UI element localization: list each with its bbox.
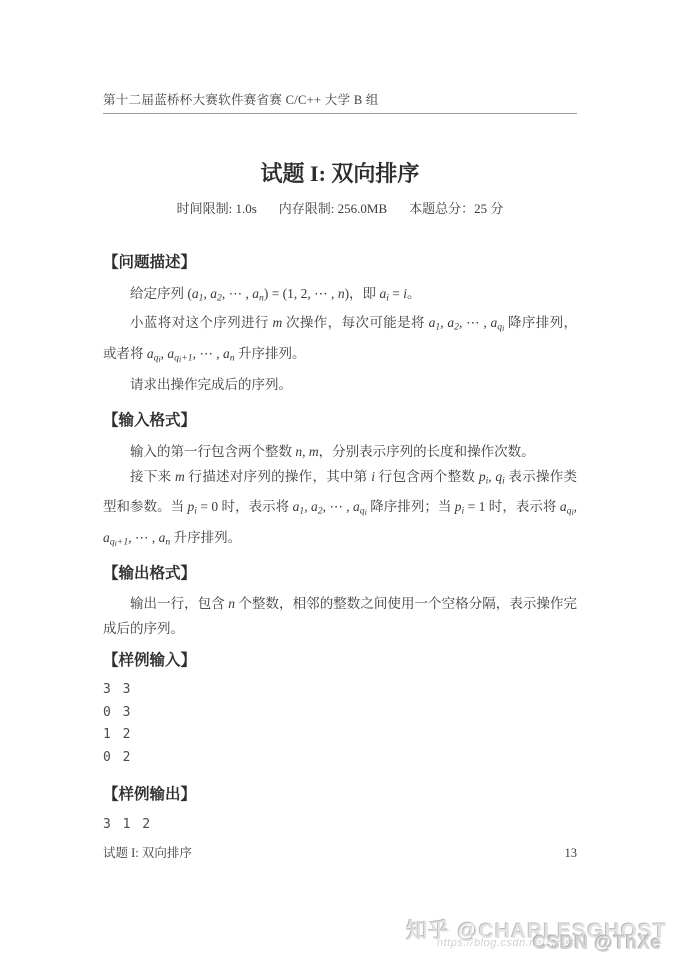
math-run: n [228,596,235,611]
text-run: , ⋯ , [323,499,353,514]
paragraph: 请求出操作完成后的序列。 [103,372,577,397]
paragraph: 小蓝将对这个序列进行 m 次操作，每次可能是将 a1, a2, ⋯ , aqi … [103,310,577,372]
problem-description-body: 给定序列 (a1, a2, ⋯ , an) = (1, 2, ⋯ , n)，即 … [103,281,577,397]
text-run: = 1 时，表示将 [464,499,560,514]
text-run: , [302,444,309,459]
text-run: ) = (1, 2, ⋯ , [264,286,338,301]
output-format-body: 输出一行，包含 n 个整数，相邻的整数之间使用一个空格分隔，表示操作完成后的序列… [103,591,577,641]
text-run: , ⋯ , [128,530,158,545]
content-column: 第十二届蓝桥杯大赛软件赛省赛 C/C++ 大学 B 组 试题 I: 双向排序 时… [103,0,577,837]
math-run: p [455,499,462,514]
text-run: ，分别表示序列的长度和操作次数。 [319,444,535,459]
section-heading-sample-output: 【样例输出】 [103,786,577,804]
limits-row: 时间限制: 1.0s 内存限制: 256.0MB 本题总分：25 分 [103,201,577,217]
watermark-csdn: CSDN @ThXe [533,933,662,955]
document-page: 第十二届蓝桥杯大赛软件赛省赛 C/C++ 大学 B 组 试题 I: 双向排序 时… [0,0,679,960]
text-run: )，即 [345,286,380,301]
text-run: 请求出操作完成后的序列。 [130,377,292,392]
paragraph: 给定序列 (a1, a2, ⋯ , an) = (1, 2, ⋯ , n)，即 … [103,281,577,310]
text-run: , ⋯ , [222,286,252,301]
text-run: 升序排列。 [170,530,241,545]
page-title: 试题 I: 双向排序 [103,160,577,188]
page-footer: 试题 I: 双向排序 13 [103,846,577,861]
text-run: , ⋯ , [193,346,223,361]
text-run: , [574,499,577,514]
math-run: a [353,499,360,514]
paragraph: 输出一行，包含 n 个整数，相邻的整数之间使用一个空格分隔，表示操作完成后的序列… [103,591,577,641]
math-run: a [192,286,199,301]
math-run: +1 [181,353,192,364]
section-heading-sample-input: 【样例输入】 [103,652,577,670]
text-run: 行包含两个整数 [375,469,479,484]
section-heading-input-format: 【输入格式】 [103,412,577,430]
running-header: 第十二届蓝桥杯大赛软件赛省赛 C/C++ 大学 B 组 [103,93,577,114]
text-run: = [389,286,403,301]
paragraph: 接下来 m 行描述对序列的操作，其中第 i 行包含两个整数 pi, qi 表示操… [103,464,577,555]
text-run: 降序排列；当 [367,499,455,514]
math-run: a [210,286,217,301]
math-run: +1 [117,536,128,547]
text-run: , ⋯ , [459,315,491,330]
section-heading-problem-description: 【问题描述】 [103,254,577,272]
math-run: n [338,286,345,301]
text-run: 输入的第一行包含两个整数 [130,444,295,459]
math-run: m [273,315,283,330]
text-run: 。 [407,286,421,301]
text-run: 输出一行，包含 [130,596,228,611]
math-run: m [309,444,319,459]
text-run: 升序排列。 [235,346,306,361]
text-run: 行描述对序列的操作，其中第 [185,469,371,484]
text-run: 次操作，每次可能是将 [282,315,428,330]
math-run: a [311,499,318,514]
text-run: 接下来 [130,469,175,484]
math-run: a [103,530,110,545]
text-run: 给定序列 ( [130,286,192,301]
math-run: a [252,286,259,301]
page-number: 13 [565,846,578,861]
section-heading-output-format: 【输出格式】 [103,565,577,583]
text-run: , [304,499,311,514]
total-score: 本题总分：25 分 [409,201,503,217]
math-run: p [479,469,486,484]
paragraph: 输入的第一行包含两个整数 n, m，分别表示序列的长度和操作次数。 [103,439,577,464]
text-run: 小蓝将对这个序列进行 [130,315,273,330]
math-run: m [175,469,185,484]
math-run: a [560,499,567,514]
input-format-body: 输入的第一行包含两个整数 n, m，分别表示序列的长度和操作次数。接下来 m 行… [103,439,577,555]
math-run: a [147,346,154,361]
memory-limit: 内存限制: 256.0MB [279,201,387,217]
footer-title: 试题 I: 双向排序 [103,846,192,861]
math-run: a [223,346,230,361]
time-limit: 时间限制: 1.0s [177,201,257,217]
sample-input-code: 3 3 0 3 1 2 0 2 [103,679,577,769]
sample-output-code: 3 1 2 [103,814,577,837]
text-run: = 0 时，表示将 [197,499,293,514]
